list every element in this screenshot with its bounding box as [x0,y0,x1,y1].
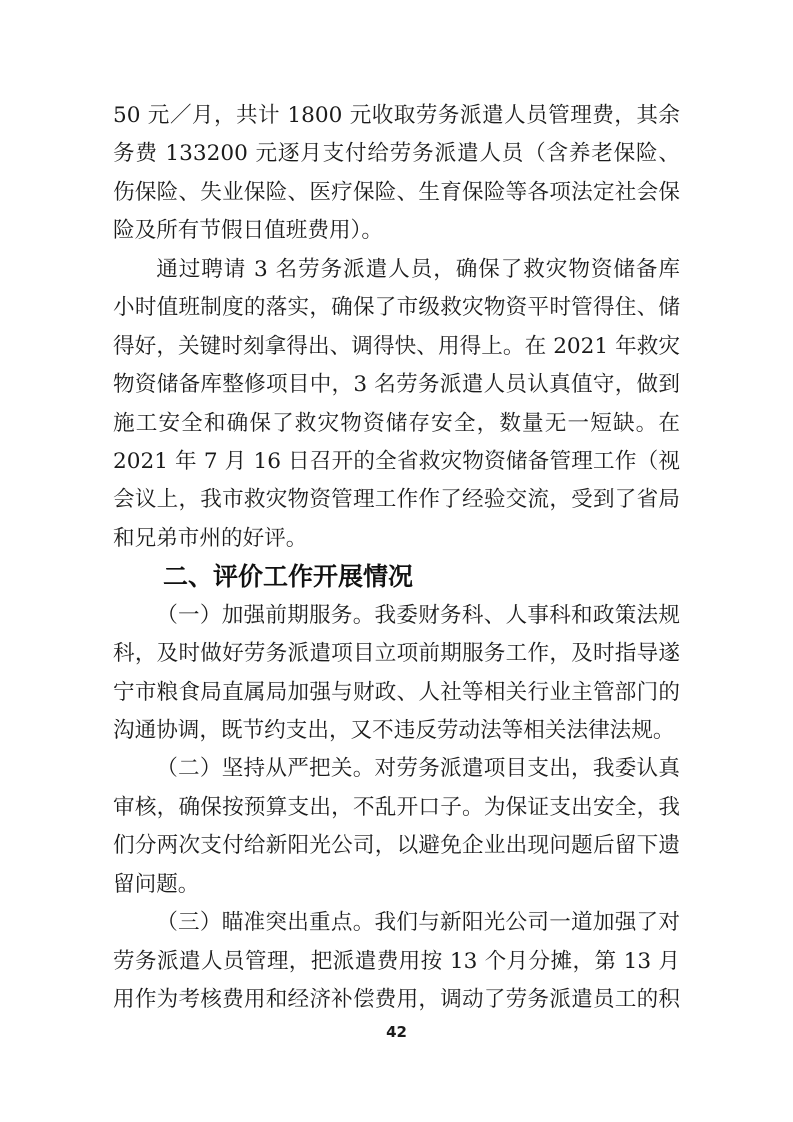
text-line: 小时值班制度的落实，确保了市级救灾物资平时管得住、储 [113,289,680,327]
text-line: 会议上，我市救灾物资管理工作作了经验交流，受到了省局 [113,481,680,519]
text-line: 险及所有节假日值班费用）。 [113,212,680,250]
text-line: 沟通协调，既节约支出，又不违反劳动法等相关法律法规。 [113,712,680,750]
text-line: 劳务派遣人员管理，把派遣费用按 13 个月分摊，第 13 月费 [113,943,680,981]
text-line: 物资储备库整修项目中，3 名劳务派遣人员认真值守，做到 [113,366,680,404]
text-line: 们分两次支付给新阳光公司，以避免企业出现问题后留下遗 [113,827,680,865]
text-line: 施工安全和确保了救灾物资储存安全，数量无一短缺。在 [113,405,680,443]
text-line: 50 元／月，共计 1800 元收取劳务派遣人员管理费，其余劳 [113,97,680,135]
paragraph: （一）加强前期服务。我委财务科、人事科和政策法规科，及时做好劳务派遣项目立项前期… [113,597,680,751]
text-line: 伤保险、失业保险、医疗保险、生育保险等各项法定社会保 [113,174,680,212]
text-line: 通过聘请 3 名劳务派遣人员，确保了救灾物资储备库 24 [113,251,680,289]
text-line: 二、评价工作开展情况 [113,558,680,596]
text-line: 科，及时做好劳务派遣项目立项前期服务工作，及时指导遂 [113,635,680,673]
text-line: （一）加强前期服务。我委财务科、人事科和政策法规 [113,597,680,635]
text-line: 留问题。 [113,866,680,904]
document-page: 50 元／月，共计 1800 元收取劳务派遣人员管理费，其余劳务费 133200… [0,0,793,1122]
text-line: （二）坚持从严把关。对劳务派遣项目支出，我委认真 [113,750,680,788]
text-line: 宁市粮食局直属局加强与财政、人社等相关行业主管部门的 [113,674,680,712]
text-line: 和兄弟市州的好评。 [113,520,680,558]
paragraph: 通过聘请 3 名劳务派遣人员，确保了救灾物资储备库 24小时值班制度的落实，确保… [113,251,680,559]
paragraph: （三）瞄准突出重点。我们与新阳光公司一道加强了对劳务派遣人员管理，把派遣费用按 … [113,904,680,1019]
text-line: （三）瞄准突出重点。我们与新阳光公司一道加强了对 [113,904,680,942]
text-line: 用作为考核费用和经济补偿费用，调动了劳务派遣员工的积 [113,981,680,1019]
paragraph: 50 元／月，共计 1800 元收取劳务派遣人员管理费，其余劳务费 133200… [113,97,680,251]
text-line: 得好，关键时刻拿得出、调得快、用得上。在 2021 年救灾 [113,328,680,366]
text-line: 2021 年 7 月 16 日召开的全省救灾物资储备管理工作（视频） [113,443,680,481]
document-content: 50 元／月，共计 1800 元收取劳务派遣人员管理费，其余劳务费 133200… [113,97,680,1020]
text-line: 审核，确保按预算支出，不乱开口子。为保证支出安全，我 [113,789,680,827]
page-number: 42 [0,1023,793,1041]
paragraph: （二）坚持从严把关。对劳务派遣项目支出，我委认真审核，确保按预算支出，不乱开口子… [113,750,680,904]
text-line: 务费 133200 元逐月支付给劳务派遣人员（含养老保险、工 [113,135,680,173]
section-heading: 二、评价工作开展情况 [113,558,680,596]
